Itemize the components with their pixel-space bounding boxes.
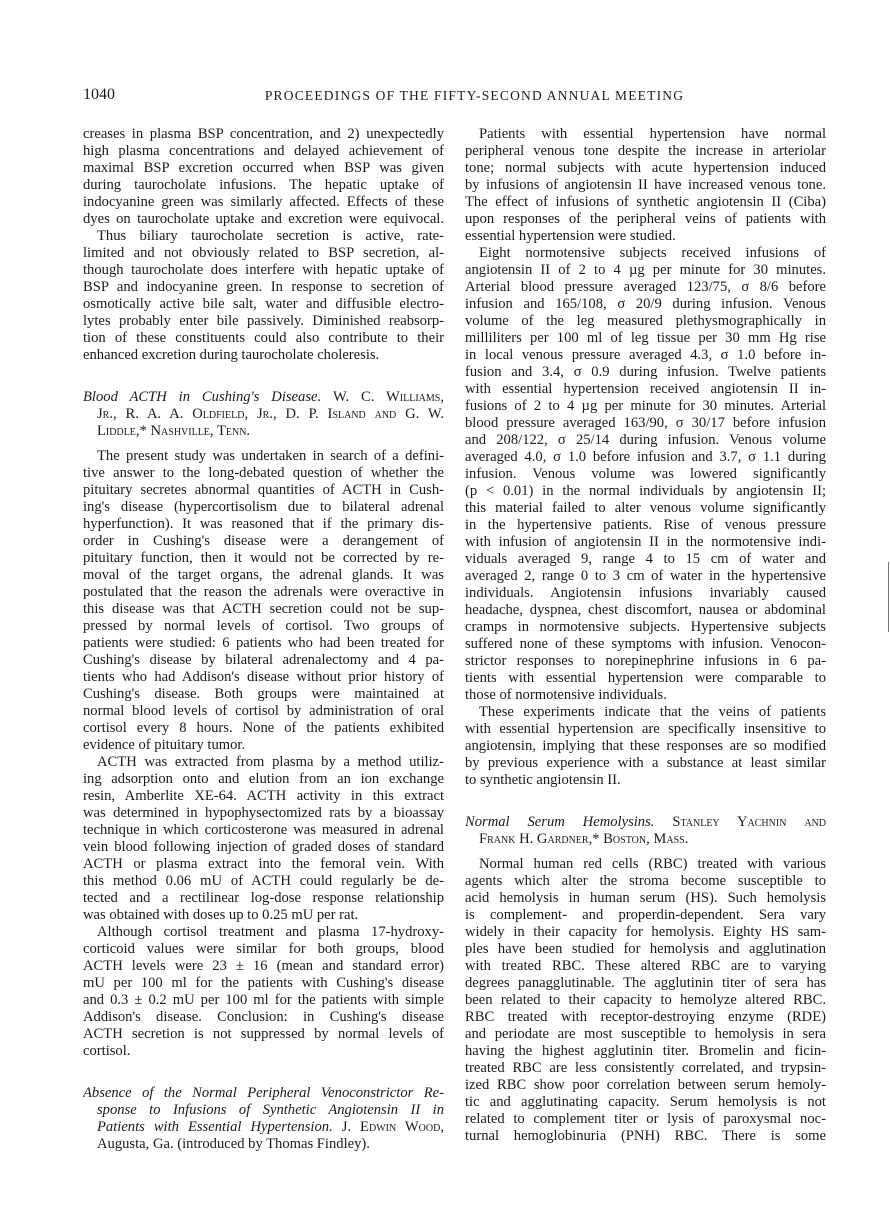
text-line: resin, Amberlite XE-64. ACTH activity in…	[83, 788, 444, 805]
left-column: creases in plasma BSP concentration, and…	[83, 126, 444, 1153]
text-line: hyperfunction). It was reasoned that if …	[83, 516, 444, 533]
text-line: upon responses of the peripheral veins o…	[465, 211, 826, 228]
text-line: having the highest agglutinin titer. Bro…	[465, 1043, 826, 1060]
text-line: with treated RBC. These altered RBC are …	[465, 958, 826, 975]
running-head: 1040 PROCEEDINGS OF THE FIFTY-SECOND ANN…	[83, 86, 826, 106]
text-line: and 0.3 ± 0.2 mU per 100 ml for the pati…	[83, 992, 444, 1009]
text-line: those of normotensive individuals.	[465, 687, 826, 704]
text-line: suffered none of these symptoms with inf…	[465, 636, 826, 653]
journal-title: PROCEEDINGS OF THE FIFTY-SECOND ANNUAL M…	[83, 88, 826, 104]
text-line: this material failed to alter venous vol…	[465, 500, 826, 517]
text-line: corticoid values were similar for both g…	[83, 941, 444, 958]
article-heading: Normal Serum Hemolysins. Stanley Yachnin…	[465, 814, 826, 848]
article-hemolysins: Normal Serum Hemolysins. Stanley Yachnin…	[465, 814, 826, 1145]
text-line: widely in their capacity for hemolysis. …	[465, 924, 826, 941]
text-line: ACTH levels were 23 ± 16 (mean and stand…	[83, 958, 444, 975]
text-line: (p < 0.01) in the normal individuals by …	[465, 483, 826, 500]
text-line: cortisol every 8 hours. None of the pati…	[83, 720, 444, 737]
text-line: high plasma concentrations and delayed a…	[83, 143, 444, 160]
text-line: with essential hypertension are specific…	[465, 721, 826, 738]
article-title: Absence of the Normal Peripheral Venocon…	[83, 1085, 444, 1102]
article-angiotensin-body: Patients with essential hypertension hav…	[465, 126, 826, 789]
text-line: in local venous pressure averaged 4.3, σ…	[465, 347, 826, 364]
text-line: tone; normal subjects with acute hyperte…	[465, 160, 826, 177]
text-line: Eight normotensive subjects received inf…	[465, 245, 826, 262]
text-line: related to complement titer or lysis of …	[465, 1111, 826, 1128]
text-line: Thus biliary taurocholate secretion is a…	[83, 228, 444, 245]
text-line: agents which alter the stroma become sus…	[465, 873, 826, 890]
text-line: These experiments indicate that the vein…	[465, 704, 826, 721]
text-line: RBC treated with receptor-destroying enz…	[465, 1009, 826, 1026]
article-heading: Blood ACTH in Cushing's Disease. W. C. W…	[83, 389, 444, 440]
text-line: averaged 4.0, σ 1.0 before infusion and …	[465, 449, 826, 466]
text-line: been related to their capacity to hemoly…	[465, 992, 826, 1009]
article-authors: W. C. Williams,	[333, 389, 444, 405]
article-title: Blood ACTH in Cushing's Disease.	[83, 389, 321, 405]
text-line: Although cortisol treatment and plasma 1…	[83, 924, 444, 941]
article-authors: Frank H. Gardner,* Boston, Mass.	[465, 831, 826, 848]
text-line: pituitary function, then it would not be…	[83, 550, 444, 567]
text-line: tients who had Addison's disease without…	[83, 669, 444, 686]
text-line: tic and agglutinating capacity. Serum he…	[465, 1094, 826, 1111]
text-line: ACTH or plasma extract into the femoral …	[83, 856, 444, 873]
text-line: technique in which corticosterone was me…	[83, 822, 444, 839]
text-line: Cushing's disease by bilateral adrenalec…	[83, 652, 444, 669]
text-line: to synthetic angiotensin II.	[465, 772, 826, 789]
text-line: treated RBC are less consistently correl…	[465, 1060, 826, 1077]
article-authors: Augusta, Ga. (introduced by Thomas Findl…	[83, 1136, 444, 1153]
text-line: The effect of infusions of synthetic ang…	[465, 194, 826, 211]
article-body: The present study was undertaken in sear…	[83, 448, 444, 1060]
article-authors: Stanley Yachnin and	[672, 814, 826, 830]
text-line: Addison's disease. Conclusion: in Cushin…	[83, 1009, 444, 1026]
article-title: Patients with Essential Hypertension.	[97, 1119, 333, 1135]
text-line: enhanced excretion during taurocholate c…	[83, 347, 444, 364]
text-line: blood pressure averaged 163/90, σ 30/17 …	[465, 415, 826, 432]
text-line: essential hypertension were studied.	[465, 228, 826, 245]
text-line: with infusion of angiotensin II in the n…	[465, 534, 826, 551]
text-line: this method 0.06 mU of ACTH could regula…	[83, 873, 444, 890]
text-line: milliliters per 100 ml of leg tissue per…	[465, 330, 826, 347]
text-line: degrees panagglutinable. The agglutinin …	[465, 975, 826, 992]
text-line: angiotensin, implying that these respons…	[465, 738, 826, 755]
text-line: and periodate are most susceptible to he…	[465, 1026, 826, 1043]
text-line: ing adsorption onto and elution from an …	[83, 771, 444, 788]
text-line: with essential hypertension received ang…	[465, 381, 826, 398]
text-line: in the hypertensive patients. Rise of ve…	[465, 517, 826, 534]
text-line: pituitary secretes abnormal quantities o…	[83, 482, 444, 499]
text-line: though taurocholate does interfere with …	[83, 262, 444, 279]
text-line: cramps in normotensive subjects. Hyperte…	[465, 619, 826, 636]
text-line: normal blood levels of cortisol by admin…	[83, 703, 444, 720]
text-line: infusion and 165/108, σ 20/9 during infu…	[465, 296, 826, 313]
text-line: angiotensin II of 2 to 4 µg per minute f…	[465, 262, 826, 279]
text-line: individuals. Angiotensin infusions invar…	[465, 585, 826, 602]
scan-artifact-line	[888, 562, 889, 632]
text-line: cortisol.	[83, 1043, 444, 1060]
text-line: strictor responses to norepinephrine inf…	[465, 653, 826, 670]
text-line: acid hemolysis in human serum (HS). Such…	[465, 890, 826, 907]
article-acth: Blood ACTH in Cushing's Disease. W. C. W…	[83, 389, 444, 1060]
text-line: infusion. Venous volume was lowered sign…	[465, 466, 826, 483]
text-line: Patients with essential hypertension hav…	[465, 126, 826, 143]
text-line: fusion and 3.4, σ 0.9 during infusion. T…	[465, 364, 826, 381]
text-line: tive answer to the long-debated question…	[83, 465, 444, 482]
text-line: Normal human red cells (RBC) treated wit…	[465, 856, 826, 873]
right-column: Patients with essential hypertension hav…	[465, 126, 826, 1145]
text-line: maximal BSP excretion occurred when BSP …	[83, 160, 444, 177]
text-line: mU per 100 ml for the patients with Cush…	[83, 975, 444, 992]
text-line: averaged 2, range 0 to 3 cm of water in …	[465, 568, 826, 585]
text-line: lytes probably enter bile passively. Dim…	[83, 313, 444, 330]
text-line: evidence of pituitary tumor.	[83, 737, 444, 754]
text-line: was determined in hypophysectomized rats…	[83, 805, 444, 822]
article-authors: J. Edwin Wood,	[342, 1119, 444, 1135]
text-line: limited and not obviously related to BSP…	[83, 245, 444, 262]
text-line: ples have been studied for hemolysis and…	[465, 941, 826, 958]
text-line: order in Cushing's disease were a derang…	[83, 533, 444, 550]
text-line: tected and a rectilinear log-dose respon…	[83, 890, 444, 907]
text-line: viduals averaged 9, range 4 to 15 cm of …	[465, 551, 826, 568]
text-line: tion of these constituents could also co…	[83, 330, 444, 347]
text-line: ized RBC show poor correlation between s…	[465, 1077, 826, 1094]
text-line: The present study was undertaken in sear…	[83, 448, 444, 465]
text-line: by infusions of angiotensin II have incr…	[465, 177, 826, 194]
article-title: Normal Serum Hemolysins.	[465, 814, 654, 830]
text-line: peripheral venous tone despite the incre…	[465, 143, 826, 160]
text-line: patients were studied: 6 patients who ha…	[83, 635, 444, 652]
text-line: was obtained with doses up to 0.25 mU pe…	[83, 907, 444, 924]
text-line: vein blood following injection of graded…	[83, 839, 444, 856]
text-line: postulated that the reason the adrenals …	[83, 584, 444, 601]
text-line: ing's disease (hypercortisolism due to b…	[83, 499, 444, 516]
text-line: tients with essential hypertension were …	[465, 670, 826, 687]
text-line: Cushing's disease. Both groups were main…	[83, 686, 444, 703]
text-line: indocyanine green was similarly affected…	[83, 194, 444, 211]
text-line: volume of the leg measured plethysmograp…	[465, 313, 826, 330]
text-line: ACTH secretion is not suppressed by norm…	[83, 1026, 444, 1043]
article-body: Normal human red cells (RBC) treated wit…	[465, 856, 826, 1145]
article-angiotensin-heading: Absence of the Normal Peripheral Venocon…	[83, 1085, 444, 1153]
article-authors: Liddle,* Nashville, Tenn.	[83, 423, 444, 440]
text-line: ACTH was extracted from plasma by a meth…	[83, 754, 444, 771]
text-line: headache, dyspnea, chest discomfort, nau…	[465, 602, 826, 619]
text-line: creases in plasma BSP concentration, and…	[83, 126, 444, 143]
text-line: by previous experience with a substance …	[465, 755, 826, 772]
article-authors: Jr., R. A. A. Oldfield, Jr., D. P. Islan…	[83, 406, 444, 423]
text-line: BSP and indocyanine green. In response t…	[83, 279, 444, 296]
text-line: moval of the target organs, the adrenal …	[83, 567, 444, 584]
text-line: dyes on taurocholate uptake and excretio…	[83, 211, 444, 228]
text-line: osmotically active bile salt, water and …	[83, 296, 444, 313]
text-line: during taurocholate infusions. The hepat…	[83, 177, 444, 194]
text-line: is complement- and properdin-dependent. …	[465, 907, 826, 924]
text-line: fusions of 2 to 4 µg per minute for 30 m…	[465, 398, 826, 415]
text-line: turnal hemoglobinuria (PNH) RBC. There i…	[465, 1128, 826, 1145]
article-title: sponse to Infusions of Synthetic Angiote…	[83, 1102, 444, 1119]
text-line: and 208/122, σ 25/14 during infusion. Ve…	[465, 432, 826, 449]
text-line: Arterial blood pressure averaged 123/75,…	[465, 279, 826, 296]
text-line: pressed by normal levels of cortisol. Tw…	[83, 618, 444, 635]
text-line: this disease was that ACTH secretion cou…	[83, 601, 444, 618]
continuation-text: creases in plasma BSP concentration, and…	[83, 126, 444, 364]
